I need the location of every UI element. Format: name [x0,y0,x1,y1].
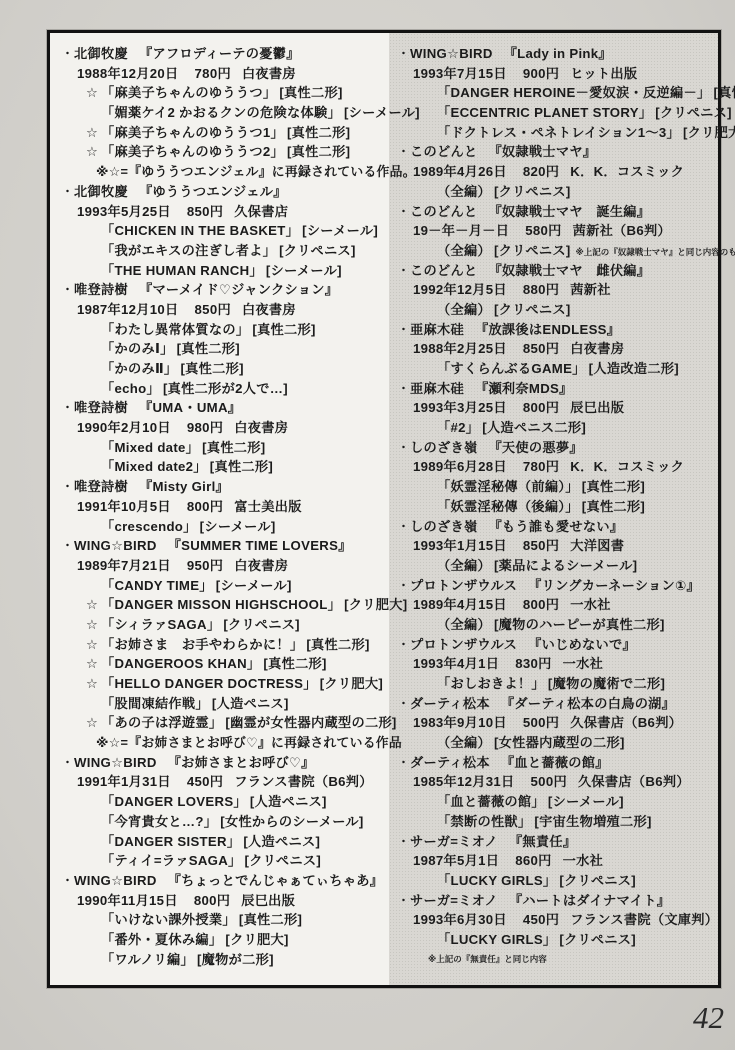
entry-header: ・プロトンザウルス『リングカーネーション①』 [398,576,714,596]
price: 500円 [531,774,567,789]
work-title: 「ドクトレス・ペネトレイション1〜3」 [437,125,680,140]
author-name: ダーティ松本 [410,696,490,711]
price: 830円 [515,656,551,671]
entry-header: ・WING☆BIRD『Lady in Pink』 [398,44,714,64]
work-title: 「わたし異常体質なの」 [101,322,249,337]
work-title: 「禁断の性獣」 [437,814,531,829]
category-tag: [クリペニス] [494,243,571,258]
work-title: 「ワルノリ編」 [101,952,194,967]
category-tag: [宇宙生物増殖二形] [534,814,651,829]
bullet-icon: ・ [398,380,410,400]
work-item: 「#2」[人造ペニス二形] [398,418,714,438]
publisher: 辰巳出版 [570,400,624,415]
category-tag: [真性二形] [582,479,645,494]
price: 800円 [523,597,559,612]
work-title: 「お姉さま お手やわらかに！」 [101,637,303,652]
entry-meta: 19－年－月－日580円茜新社（B6判） [398,221,714,241]
publish-date: 1990年11月15日 [77,893,178,908]
entry: ・WING☆BIRD『ちょっとでんじゃぁてぃちゃあ』1990年11月15日800… [62,871,388,969]
entry-meta: 1990年2月10日980円白夜書房 [62,418,388,438]
entry-header: ・しのざき嶺『天使の悪夢』 [398,438,714,458]
entry: ・サーガ=ミオノ『ハートはダイナマイト』1993年6月30日450円フランス書院… [398,891,714,970]
entry-header: ・WING☆BIRD『SUMMER TIME LOVERS』 [62,536,388,556]
star-icon: ☆ [86,674,101,694]
work-item: （全編）[薬品によるシーメール] [398,556,714,576]
book-title: 『お姉さまとお呼び♡』 [168,755,315,770]
publisher: 白夜書房 [234,558,288,573]
work-item: 「LUCKY GIRLS」[クリペニス] [398,930,714,950]
work-item: 「今宵貴女と…?」[女性からのシーメール] [62,812,388,832]
category-tag: [魔物の魔術で二形] [548,676,665,691]
entry-header: ・WING☆BIRD『お姉さまとお呼び♡』 [62,753,388,773]
author-name: このどんと [410,263,477,278]
work-item: ☆「DANGER MISSON HIGHSCHOOL」[クリ肥大] [62,595,388,615]
work-title: 「妖霊淫秘傳（前編）」 [437,479,579,494]
price: 800円 [523,400,559,415]
publish-date: 1987年5月1日 [413,853,499,868]
work-title: 「DANGER LOVERS」 [101,794,247,809]
price: 880円 [523,282,559,297]
book-title: 『無責任』 [509,834,576,849]
category-tag: [クリペニス] [494,302,571,317]
work-item: 「THE HUMAN RANCH」[シーメール] [62,261,388,281]
bullet-icon: ・ [398,695,410,715]
publisher: 富士美出版 [234,499,301,514]
listing-box: ・北御牧慶『アフロディーテの憂鬱』1988年12月20日780円白夜書房☆「麻美… [47,30,721,988]
entry: ・WING☆BIRD『お姉さまとお呼び♡』1991年1月31日450円フランス書… [62,753,388,871]
book-title: 『Lady in Pink』 [504,46,612,61]
category-tag: [クリペニス] [223,617,300,632]
entry-meta: 1983年9月10日500円久保書店（B6判） [398,713,714,733]
entry: ・ダーティ松本『血と薔薇の館』1985年12月31日500円久保書店（B6判）「… [398,753,714,832]
category-tag: [クリペニス] [494,184,571,199]
work-title: 「血と薔薇の館」 [437,794,545,809]
work-title: 「妖霊淫秘傳（後編）」 [437,499,579,514]
category-tag: [魔物のハーピーが真性二形] [494,617,665,632]
work-item: 「LUCKY GIRLS」[クリペニス] [398,871,714,891]
category-tag: [真性二形] [582,499,645,514]
author-name: 唯登詩樹 [74,282,128,297]
category-tag: [真性二形] [202,440,265,455]
entry-meta: 1988年2月25日850円白夜書房 [398,339,714,359]
price: 450円 [187,774,223,789]
work-title: （全編） [437,735,491,750]
work-item: 「ティイ=ラァSAGA」[クリペニス] [62,851,388,871]
work-item: 「血と薔薇の館」[シーメール] [398,792,714,812]
publish-date: 1989年7月21日 [77,558,171,573]
book-title: 『血と薔薇の館』 [501,755,609,770]
entry-meta: 1989年4月15日800円一水社 [398,595,714,615]
entry-header: ・亜麻木硅『放課後はENDLESS』 [398,320,714,340]
work-item: ☆「麻美子ちゃんのゆううつ2」[真性二形] [62,142,388,162]
entry-header: ・このどんと『奴隷戦士マヤ』 [398,142,714,162]
entry-meta: 1988年12月20日780円白夜書房 [62,64,388,84]
work-item: 「我がエキスの注ぎし者よ」[クリペニス] [62,241,388,261]
price: 500円 [523,715,559,730]
publisher: 一水社 [563,853,603,868]
category-tag: [クリ肥大] [320,676,383,691]
publish-date: 1993年7月15日 [413,66,507,81]
category-tag: [クリ肥大] [225,932,288,947]
price: 820円 [523,164,559,179]
publish-date: 1993年4月1日 [413,656,499,671]
entry-meta: 1991年10月5日800円富士美出版 [62,497,388,517]
work-title: （全編） [437,184,491,199]
work-item: 「echo」[真性二形が2人で…] [62,379,388,399]
work-title: 「おしおきよ！」 [437,676,545,691]
work-title: （全編） [437,558,491,573]
publisher: 大洋図書 [570,538,624,553]
publisher: 一水社 [570,597,610,612]
entry-header: ・北御牧慶『アフロディーテの憂鬱』 [62,44,388,64]
category-tag: [真性二形] [180,361,243,376]
book-title: 『もう誰も愛せない』 [488,519,623,534]
publish-date: 1990年2月10日 [77,420,171,435]
bullet-icon: ・ [62,45,74,65]
category-tag: [真性二形] [306,637,369,652]
entry-header: ・亜麻木硅『瀬利奈MDS』 [398,379,714,399]
book-title: 『ダーティ松本の白鳥の湖』 [501,696,675,711]
entry: ・プロトンザウルス『いじめないで』1993年4月1日830円一水社「おしおきよ！… [398,635,714,694]
work-item: 「ドクトレス・ペネトレイション1〜3」[クリ肥大] [398,123,714,143]
publish-date: 1991年1月31日 [77,774,171,789]
publisher: ヒット出版 [570,66,637,81]
entry: ・亜麻木硅『放課後はENDLESS』1988年2月25日850円白夜書房「すくら… [398,320,714,379]
work-item: （全編）[クリペニス] [398,182,714,202]
work-title: 「LUCKY GIRLS」 [437,873,556,888]
bullet-icon: ・ [398,636,410,656]
publish-date: 1993年5月25日 [77,204,171,219]
author-name: 亜麻木硅 [410,381,464,396]
work-title: 「今宵貴女と…?」 [101,814,217,829]
entry-header: ・プロトンザウルス『いじめないで』 [398,635,714,655]
entry: ・北御牧慶『アフロディーテの憂鬱』1988年12月20日780円白夜書房☆「麻美… [62,44,388,182]
work-title: （全編） [437,243,491,258]
category-tag: [幽霊が女性器内蔵型の二形] [225,715,396,730]
author-name: プロトンザウルス [410,578,517,593]
category-tag: [真性二形] [279,85,342,100]
work-title: 「いけない課外授業」 [101,912,236,927]
work-title: 「ECCENTRIC PLANET STORY」 [437,105,652,120]
work-title: 「HELLO DANGER DOCTRESS」 [101,676,317,691]
price: 850円 [523,341,559,356]
author-name: 北御牧慶 [74,46,128,61]
publisher: 白夜書房 [242,66,296,81]
entry: ・亜麻木硅『瀬利奈MDS』1993年3月25日800円辰巳出版「#2」[人造ペニ… [398,379,714,438]
left-column: ・北御牧慶『アフロディーテの憂鬱』1988年12月20日780円白夜書房☆「麻美… [62,44,388,969]
publisher: 白夜書房 [570,341,624,356]
work-item: 「DANGER HEROINE－愛奴涙・反逆編－」[真性二形] [398,83,714,103]
price: 850円 [195,302,231,317]
work-title: 「CHICKEN IN THE BASKET」 [101,223,299,238]
entry-meta: 1992年12月5日880円茜新社 [398,280,714,300]
work-title: 「ティイ=ラァSAGA」 [101,853,242,868]
publish-date: 1993年1月15日 [413,538,507,553]
category-tag: [魔物が二形] [197,952,274,967]
bullet-icon: ・ [62,754,74,774]
publish-date: 1983年9月10日 [413,715,507,730]
entry-meta: 1993年4月1日830円一水社 [398,654,714,674]
book-title: 『奴隷戦士マヤ 雌伏編』 [488,263,650,278]
price: 800円 [194,893,230,908]
work-title: 「麻美子ちゃんのゆううつ」 [101,85,276,100]
work-title: 「DANGER HEROINE－愛奴涙・反逆編－」 [437,85,710,100]
entry: ・北御牧慶『ゆううつエンジェル』1993年5月25日850円久保書店「CHICK… [62,182,388,280]
work-item: 「わたし異常体質なの」[真性二形] [62,320,388,340]
work-item: 「かのみⅡ」[真性二形] [62,359,388,379]
work-item: 「crescendo」[シーメール] [62,517,388,537]
work-title: 「LUCKY GIRLS」 [437,932,556,947]
entry-header: ・唯登詩樹『マーメイド♡ジャンクション』 [62,280,388,300]
work-item: ☆「シィラァSAGA」[クリペニス] [62,615,388,635]
star-icon: ☆ [86,654,101,674]
entry: ・サーガ=ミオノ『無責任』1987年5月1日860円一水社「LUCKY GIRL… [398,832,714,891]
author-name: WING☆BIRD [74,538,157,553]
category-tag: [真性二形] [252,322,315,337]
category-tag: [人造ペニス二形] [482,420,586,435]
work-title: 「crescendo」 [101,519,197,534]
work-item: （全編）[女性器内蔵型の二形] [398,733,714,753]
category-tag: [クリペニス] [559,932,636,947]
work-title: 「Mixed date2」 [101,459,207,474]
bullet-icon: ・ [398,321,410,341]
price: 780円 [195,66,231,81]
category-tag: [真性二形] [239,912,302,927]
price: 950円 [187,558,223,573]
work-title: 「あの子は浮遊霊」 [101,715,222,730]
entry-header: ・サーガ=ミオノ『無責任』 [398,832,714,852]
price: 450円 [523,912,559,927]
author-name: WING☆BIRD [74,873,157,888]
publisher: K．K．コスミック [570,164,684,179]
entry: ・しのざき嶺『天使の悪夢』1989年6月28日780円K．K．コスミック「妖霊淫… [398,438,714,517]
entry-meta: 1987年12月10日850円白夜書房 [62,300,388,320]
entry: ・唯登詩樹『UMA・UMA』1990年2月10日980円白夜書房「Mixed d… [62,398,388,477]
work-title: 「股間凍結作戦」 [101,696,209,711]
bullet-icon: ・ [398,833,410,853]
category-tag: [真性二形] [210,459,273,474]
work-item: 「Mixed date」[真性二形] [62,438,388,458]
publish-date: 1989年4月15日 [413,597,507,612]
publisher: 久保書店（B6判） [570,715,682,730]
price: 800円 [187,499,223,514]
small-note: ※上記の『無責任』と同じ内容 [398,950,714,970]
entry-header: ・このどんと『奴隷戦士マヤ 雌伏編』 [398,261,714,281]
price: 580円 [525,223,561,238]
price: 850円 [523,538,559,553]
work-title: 「麻美子ちゃんのゆううつ1」 [101,125,284,140]
bullet-icon: ・ [398,892,410,912]
publish-date: 1993年6月30日 [413,912,507,927]
work-item: 「CANDY TIME」[シーメール] [62,576,388,596]
category-tag: [クリペニス] [655,105,732,120]
category-tag: [シーメール] [266,263,342,278]
category-tag: [クリペニス] [245,853,322,868]
book-title: 『SUMMER TIME LOVERS』 [168,538,352,553]
entry-meta: 1989年4月26日820円K．K．コスミック [398,162,714,182]
entry: ・このどんと『奴隷戦士マヤ』1989年4月26日820円K．K．コスミック（全編… [398,142,714,201]
entry: ・プロトンザウルス『リングカーネーション①』1989年4月15日800円一水社（… [398,576,714,635]
category-tag: [シーメール] [216,578,292,593]
bullet-icon: ・ [398,45,410,65]
work-item: 「かのみⅠ」[真性二形] [62,339,388,359]
entry: ・ダーティ松本『ダーティ松本の白鳥の湖』1983年9月10日500円久保書店（B… [398,694,714,753]
author-name: このどんと [410,144,477,159]
bullet-icon: ・ [62,537,74,557]
work-item: ☆「DANGEROOS KHAN」[真性二形] [62,654,388,674]
category-tag: [人造ペニス] [243,834,320,849]
work-item: ☆「麻美子ちゃんのゆううつ」[真性二形] [62,83,388,103]
category-tag: [人造ペニス] [212,696,289,711]
entry-header: ・唯登詩樹『UMA・UMA』 [62,398,388,418]
category-tag: [シーメール] [548,794,624,809]
bullet-icon: ・ [62,183,74,203]
work-item: 「番外・夏休み編」[クリ肥大] [62,930,388,950]
book-title: 『奴隷戦士マヤ 誕生編』 [488,204,650,219]
work-title: 「#2」 [437,420,479,435]
work-title: 「我がエキスの注ぎし者よ」 [101,243,276,258]
reprint-note: ※☆=『お姉さまとお呼び♡』に再録されている作品 [62,733,388,753]
book-title: 『アフロディーテの憂鬱』 [139,46,300,61]
entry: ・WING☆BIRD『Lady in Pink』1993年7月15日900円ヒッ… [398,44,714,142]
work-title: （全編） [437,302,491,317]
publisher: フランス書院（文庫判） [570,912,718,927]
work-title: 「番外・夏休み編」 [101,932,222,947]
category-tag: [シーメール] [200,519,276,534]
publisher: 辰巳出版 [241,893,295,908]
entry: ・WING☆BIRD『SUMMER TIME LOVERS』1989年7月21日… [62,536,388,753]
work-item: 「禁断の性獣」[宇宙生物増殖二形] [398,812,714,832]
entry-meta: 1985年12月31日500円久保書店（B6判） [398,772,714,792]
bullet-icon: ・ [62,478,74,498]
publish-date: 1989年6月28日 [413,459,507,474]
publisher: 茜新社（B6判） [573,223,671,238]
work-item: 「CHICKEN IN THE BASKET」[シーメール] [62,221,388,241]
category-tag: [シーメール] [302,223,378,238]
work-title: 「Mixed date」 [101,440,199,455]
entry-meta: 1990年11月15日800円辰巳出版 [62,891,388,911]
author-name: 唯登詩樹 [74,479,128,494]
work-item: 「DANGER SISTER」[人造ペニス] [62,832,388,852]
work-title: 「すくらんぶるGAME」 [437,361,586,376]
star-icon: ☆ [86,142,101,162]
work-title: 「麻美子ちゃんのゆううつ2」 [101,144,284,159]
work-item: 「おしおきよ！」[魔物の魔術で二形] [398,674,714,694]
entry: ・このどんと『奴隷戦士マヤ 雌伏編』1992年12月5日880円茜新社（全編）[… [398,261,714,320]
work-item: ☆「HELLO DANGER DOCTRESS」[クリ肥大] [62,674,388,694]
work-item: ☆「お姉さま お手やわらかに！」[真性二形] [62,635,388,655]
category-tag: [真性二形] [287,144,350,159]
page-number: 42 [693,1000,724,1036]
entry: ・唯登詩樹『マーメイド♡ジャンクション』1987年12月10日850円白夜書房「… [62,280,388,398]
book-title: 『瀬利奈MDS』 [475,381,573,396]
author-name: サーガ=ミオノ [410,834,498,849]
price: 780円 [523,459,559,474]
bullet-icon: ・ [398,143,410,163]
book-title: 『マーメイド♡ジャンクション』 [139,282,338,297]
category-tag: [クリ肥大] [683,125,735,140]
bullet-icon: ・ [398,439,410,459]
author-name: 唯登詩樹 [74,400,128,415]
entry-meta: 1989年6月28日780円K．K．コスミック [398,457,714,477]
work-item: 「Mixed date2」[真性二形] [62,457,388,477]
work-title: 「CANDY TIME」 [101,578,213,593]
category-tag: [真性二形が2人で…] [163,381,288,396]
work-item: 「すくらんぶるGAME」[人造改造二形] [398,359,714,379]
category-tag: [女性器内蔵型の二形] [494,735,625,750]
work-item: （全編）[クリペニス]※上記の『奴隷戦士マヤ』と同じ内容のもの [398,241,714,261]
bullet-icon: ・ [62,399,74,419]
author-name: 北御牧慶 [74,184,128,199]
work-title: 「かのみⅠ」 [101,341,174,356]
publish-date: 1988年12月20日 [77,66,179,81]
author-name: 亜麻木硅 [410,322,464,337]
work-item: 「股間凍結作戦」[人造ペニス] [62,694,388,714]
entry-header: ・WING☆BIRD『ちょっとでんじゃぁてぃちゃあ』 [62,871,388,891]
entry-header: ・北御牧慶『ゆううつエンジェル』 [62,182,388,202]
entry-header: ・このどんと『奴隷戦士マヤ 誕生編』 [398,202,714,222]
category-tag: [真性二形] [263,656,326,671]
work-title: （全編） [437,617,491,632]
bullet-icon: ・ [398,203,410,223]
book-title: 『ハートはダイナマイト』 [509,893,670,908]
publisher: 茜新社 [570,282,610,297]
book-title: 『ちょっとでんじゃぁてぃちゃあ』 [168,873,384,888]
author-name: ダーティ松本 [410,755,490,770]
entry-meta: 1989年7月21日950円白夜書房 [62,556,388,576]
entry: ・唯登詩樹『Misty Girl』1991年10月5日800円富士美出版「cre… [62,477,388,536]
category-tag: [女性からのシーメール] [220,814,363,829]
category-tag: [クリペニス] [279,243,356,258]
work-title: 「THE HUMAN RANCH」 [101,263,263,278]
publisher: K．K．コスミック [570,459,684,474]
publish-date: 19－年－月－日 [413,223,509,238]
work-item: ☆「麻美子ちゃんのゆううつ1」[真性二形] [62,123,388,143]
work-item: 「妖霊淫秘傳（後編）」[真性二形] [398,497,714,517]
work-item: 「妖霊淫秘傳（前編）」[真性二形] [398,477,714,497]
author-name: サーガ=ミオノ [410,893,498,908]
work-title: 「DANGER MISSON HIGHSCHOOL」 [101,597,341,612]
work-item: 「いけない課外授業」[真性二形] [62,910,388,930]
entry-header: ・ダーティ松本『ダーティ松本の白鳥の湖』 [398,694,714,714]
category-tag: [真性二形] [287,125,350,140]
publish-date: 1988年2月25日 [413,341,507,356]
star-icon: ☆ [86,123,101,143]
entry-meta: 1993年6月30日450円フランス書院（文庫判） [398,910,714,930]
reprint-note: ※☆=『ゆううつエンジェル』に再録されている作品。 [62,162,388,182]
publish-date: 1989年4月26日 [413,164,507,179]
entry-header: ・ダーティ松本『血と薔薇の館』 [398,753,714,773]
author-name: WING☆BIRD [74,755,157,770]
star-icon: ☆ [86,83,101,103]
bullet-icon: ・ [62,872,74,892]
category-tag: [薬品によるシーメール] [494,558,637,573]
book-title: 『ゆううつエンジェル』 [139,184,287,199]
star-icon: ☆ [86,635,101,655]
author-name: WING☆BIRD [410,46,493,61]
category-tag: [人造ペニス] [250,794,327,809]
book-title: 『奴隷戦士マヤ』 [488,144,596,159]
entry-header: ・しのざき嶺『もう誰も愛せない』 [398,517,714,537]
book-title: 『いじめないで』 [528,637,636,652]
book-title: 『リングカーネーション①』 [528,578,700,593]
entry-header: ・唯登詩樹『Misty Girl』 [62,477,388,497]
work-title: 「echo」 [101,381,160,396]
entry-meta: 1993年1月15日850円大洋図書 [398,536,714,556]
publish-date: 1991年10月5日 [77,499,171,514]
work-title: 「媚薬ケイ2 かおるクンの危険な体験」 [101,105,341,120]
entry-meta: 1993年7月15日900円ヒット出版 [398,64,714,84]
